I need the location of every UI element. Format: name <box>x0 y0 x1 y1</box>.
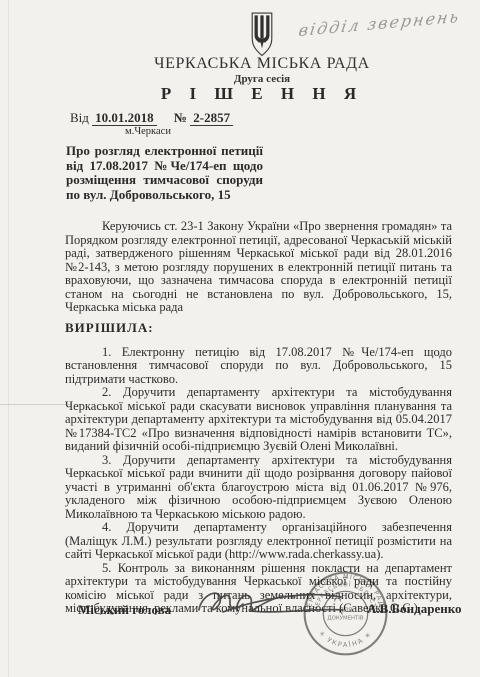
date-label: Від <box>70 110 89 125</box>
signatory-name: А.В.Бондаренко <box>367 601 462 617</box>
doc-number: 2-2857 <box>190 110 233 126</box>
handwritten-note: відділ звернень <box>288 6 473 50</box>
doc-date: 10.01.2018 <box>92 110 157 126</box>
doc-meta-line: Від 10.01.2018 № 2-2857 <box>70 110 233 126</box>
org-name: ЧЕРКАСЬКА МІСЬКА РАДА <box>44 55 480 73</box>
resolution-item-1: 1. Електронну петицію від 17.08.2017 №Че… <box>65 346 452 387</box>
handwritten-note-text: відділ звернень <box>297 7 461 40</box>
resolution-item-3: 3. Доручити департаменту архітектури та … <box>65 454 452 522</box>
city-line: м.Черкаси <box>96 126 200 137</box>
document-page: відділ звернень ЧЕРКАСЬКА МІСЬКА РАДА Др… <box>0 0 480 677</box>
signatory-title: Міський голова <box>78 602 171 618</box>
resolution-item-4: 4. Доручити департаменту організаційного… <box>65 521 452 562</box>
scan-artifact-vertical-line <box>8 0 9 677</box>
subject-block: Про розгляд електронної петиції від 17.0… <box>66 144 263 202</box>
resolution-item-2: 2. Доручити департаменту архітектури та … <box>65 386 452 454</box>
document-type-title: Р І Ш Е Н Н Я <box>44 84 480 104</box>
scan-artifact-horizontal-line <box>0 404 72 405</box>
svg-text:✳ УКРАЇНА ✳: ✳ УКРАЇНА ✳ <box>317 629 374 649</box>
ukraine-trident-emblem <box>248 11 276 58</box>
document-body: Керуючись ст. 23-1 Закону України «Про з… <box>65 220 452 616</box>
resolution-heading: ВИРІШИЛА: <box>65 320 452 336</box>
signature-scribble <box>193 580 348 628</box>
number-label: № <box>174 110 187 125</box>
preamble-paragraph: Керуючись ст. 23-1 Закону України «Про з… <box>65 220 452 315</box>
stamp-ring-bottom-text: ✳ УКРАЇНА ✳ <box>317 629 374 649</box>
